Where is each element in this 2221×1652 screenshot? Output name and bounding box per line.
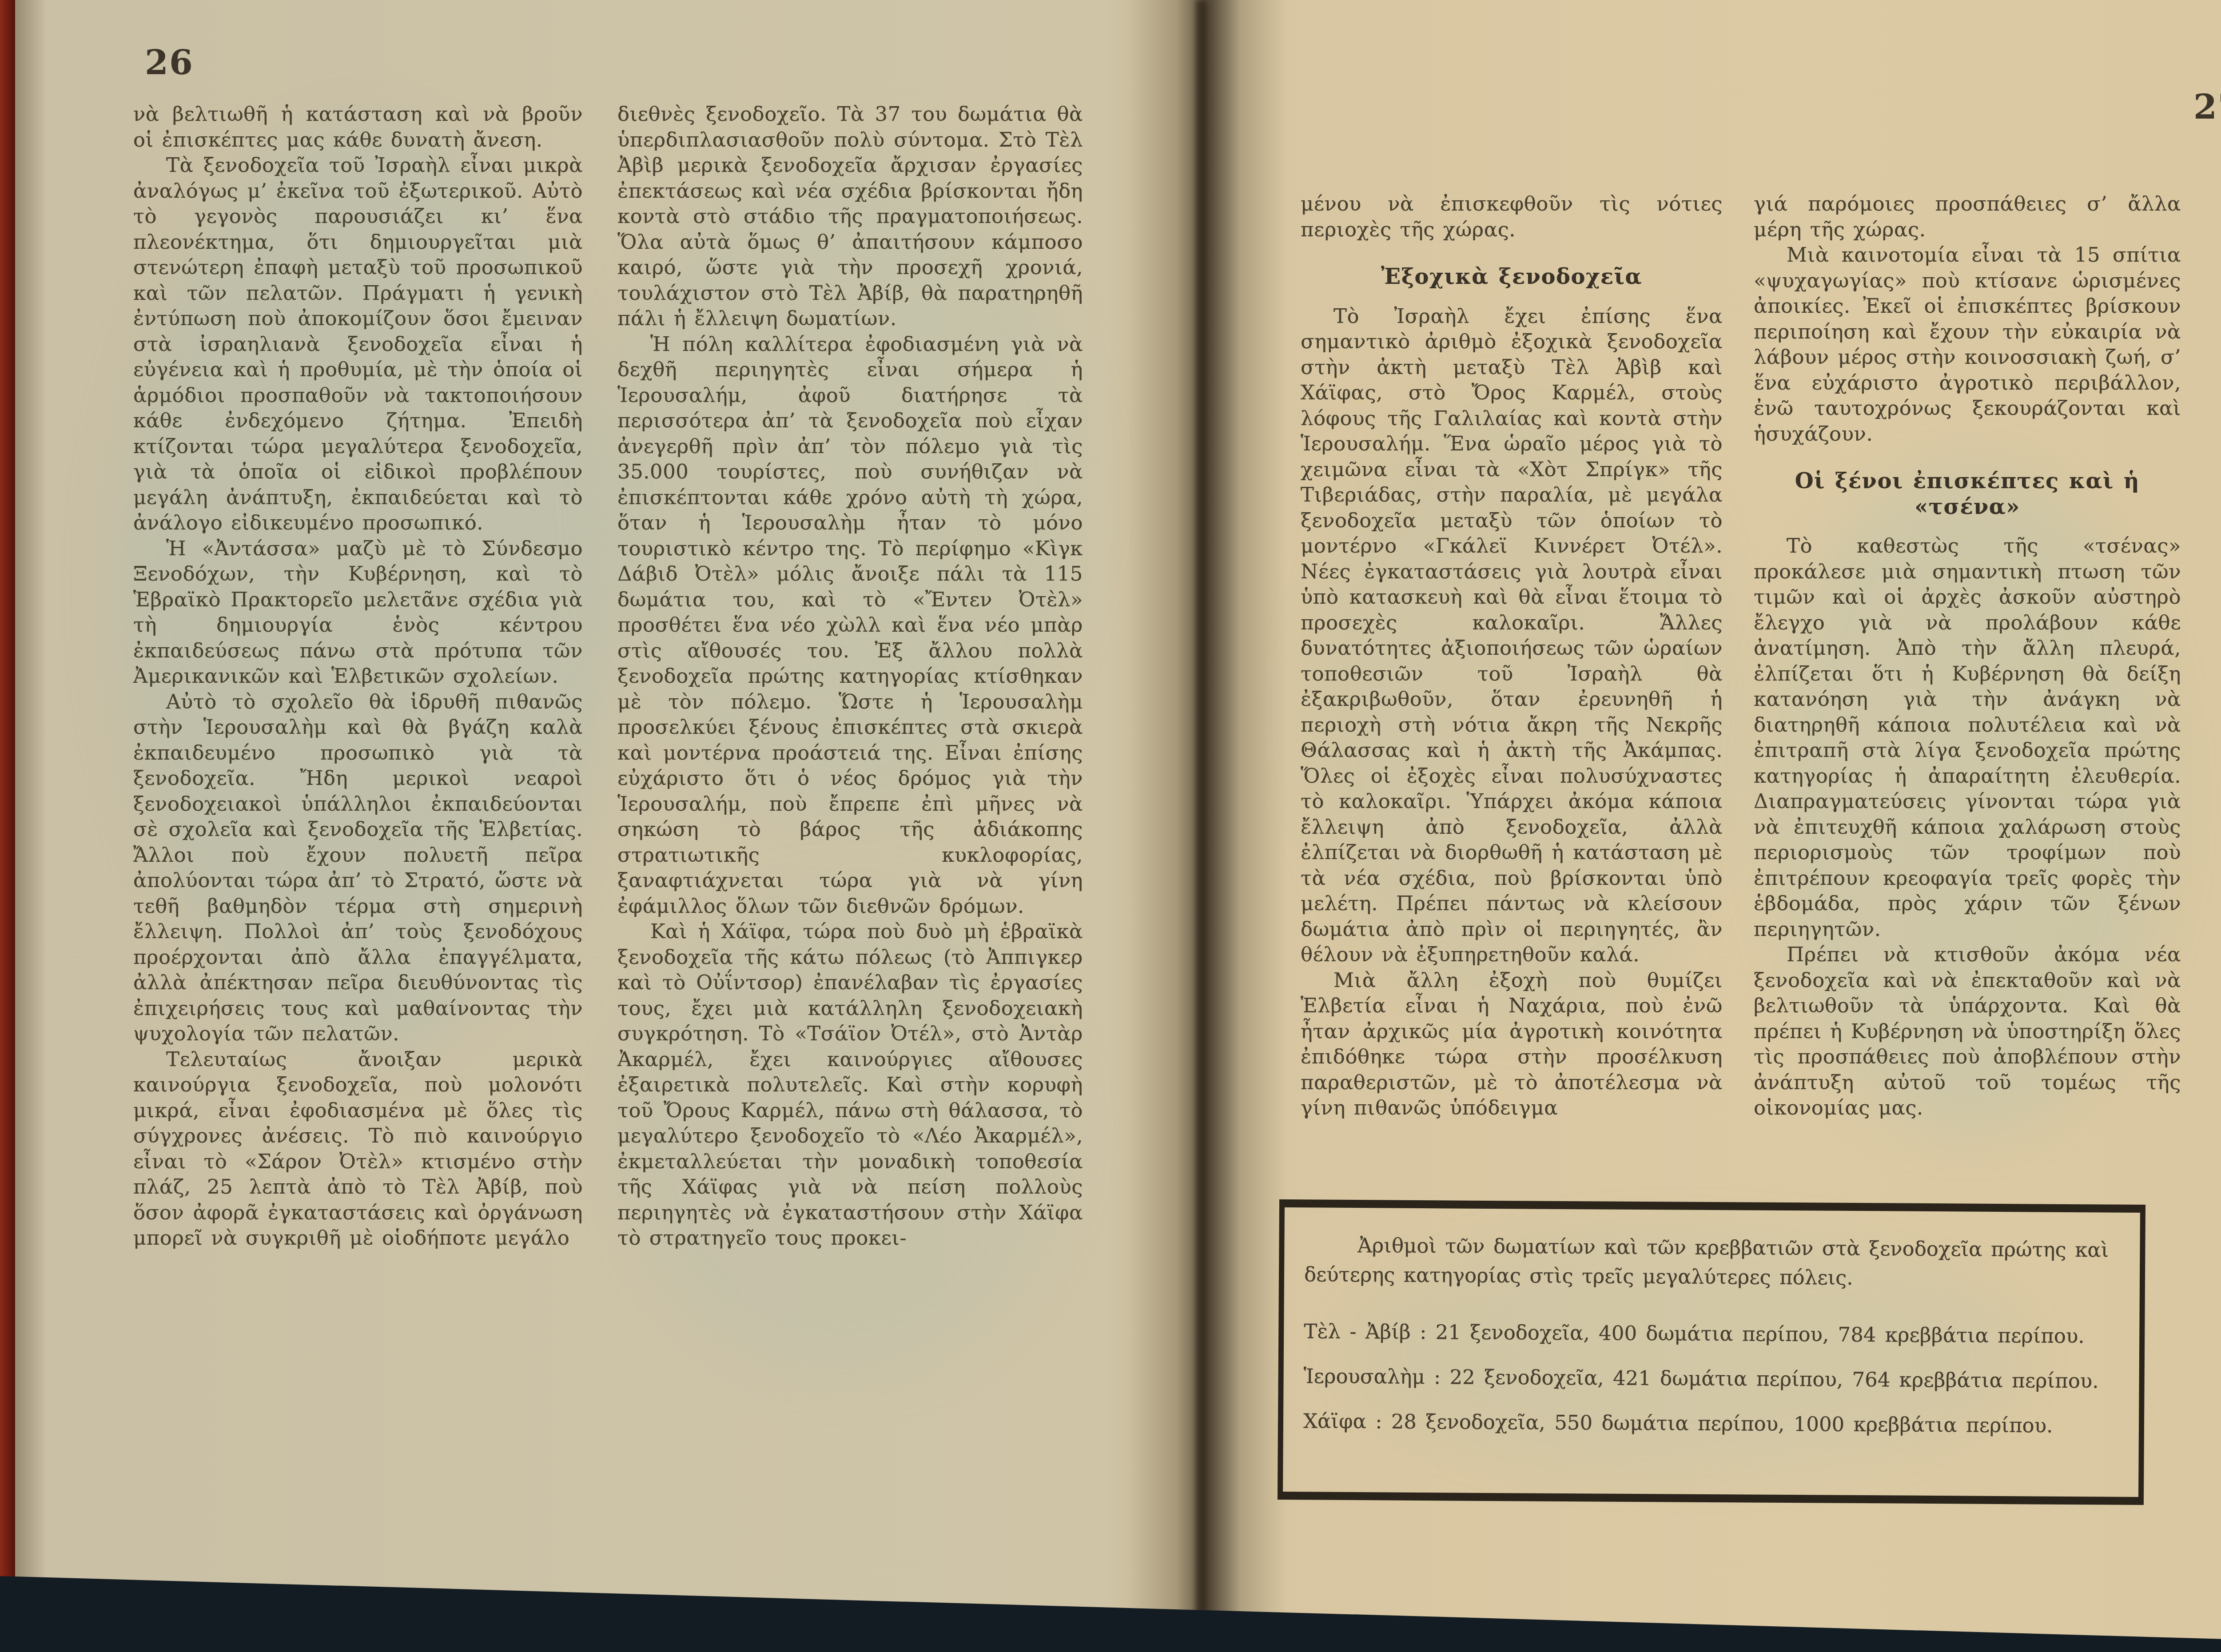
magazine-spread: 26 27 νὰ βελτιωθῆ ἡ κατάσταση καὶ νὰ βρο…	[0, 0, 2221, 1652]
article-paragraph: Αὐτὸ τὸ σχολεῖο θὰ ἱδρυθῆ πιθανῶς στὴν Ἱ…	[133, 689, 583, 1047]
hotel-stats-entry: Χάϊφα : 28 ξενοδοχεῖα, 550 δωμάτια περίπ…	[1303, 1407, 2108, 1439]
page-number-left: 26	[145, 43, 194, 82]
article-paragraph: Μιὰ ἄλλη ἐξοχὴ ποὺ θυμίζει Ἑλβετία εἶναι…	[1301, 967, 1723, 1121]
article-paragraph: Τὰ ξενοδοχεῖα τοῦ Ἰσραὴλ εἶναι μικρὰ ἀνα…	[133, 152, 583, 536]
section-heading: Ἐξοχικὰ ξενοδοχεῖα	[1301, 264, 1723, 290]
article-paragraph: Τὸ καθεστὼς τῆς «τσένας» προκάλεσε μιὰ σ…	[1754, 533, 2181, 942]
article-paragraph: Ἡ πόλη καλλίτερα ἐφοδιασμένη γιὰ νὰ δεχθ…	[617, 331, 1083, 919]
article-paragraph: γιά παρόμοιες προσπάθειες σ’ ἄλλα μέρη τ…	[1754, 191, 2181, 242]
hotel-stats-entry: Ἱερουσαλὴμ : 22 ξενοδοχεῖα, 421 δωμάτια …	[1303, 1362, 2108, 1394]
page-edge-shadow-left	[15, 0, 46, 1652]
left-page-column-2: διεθνὲς ξενοδοχεῖο. Τὰ 37 του δωμάτια θὰ…	[617, 101, 1083, 1251]
hotel-statistics-entries: Τὲλ - Ἀβίβ : 21 ξενοδοχεῖα, 400 δωμάτια …	[1303, 1318, 2109, 1439]
article-paragraph: Μιὰ καινοτομία εἶναι τὰ 15 σπίτια «ψυχαγ…	[1754, 242, 2181, 446]
right-page-column-2: γιά παρόμοιες προσπάθειες σ’ ἄλλα μέρη τ…	[1754, 191, 2181, 1121]
article-paragraph: νὰ βελτιωθῆ ἡ κατάσταση καὶ νὰ βροῦν οἱ …	[133, 101, 583, 152]
hotel-stats-entry: Τὲλ - Ἀβίβ : 21 ξενοδοχεῖα, 400 δωμάτια …	[1304, 1318, 2108, 1349]
article-paragraph: Ἡ «Ἀντάσσα» μαζὺ μὲ τὸ Σύνδεσμο Ξενοδόχω…	[133, 536, 583, 689]
right-page-column-1: μένου νὰ ἐπισκεφθοῦν τὶς νότιες περιοχὲς…	[1301, 191, 1723, 1121]
article-paragraph: Πρέπει νὰ κτισθοῦν ἀκόμα νέα ξενοδοχεῖα …	[1754, 942, 2181, 1121]
hotel-statistics-box: Ἀριθμοὶ τῶν δωματίων καὶ τῶν κρεββατιῶν …	[1278, 1199, 2145, 1505]
article-paragraph: Καὶ ἡ Χάϊφα, τώρα ποὺ δυὸ μὴ ἑβραϊκὰ ξεν…	[617, 919, 1083, 1251]
gutter-shadow	[1128, 0, 1288, 1652]
article-paragraph: μένου νὰ ἐπισκεφθοῦν τὶς νότιες περιοχὲς…	[1301, 191, 1723, 242]
page-number-right: 27	[2193, 87, 2221, 127]
section-heading: Οἱ ξένοι ἐπισκέπτες καὶ ἡ «τσένα»	[1754, 469, 2181, 520]
hotel-statistics-title: Ἀριθμοὶ τῶν δωματίων καὶ τῶν κρεββατιῶν …	[1304, 1230, 2109, 1294]
left-page-column-1: νὰ βελτιωθῆ ἡ κατάσταση καὶ νὰ βροῦν οἱ …	[133, 101, 583, 1251]
article-paragraph: διεθνὲς ξενοδοχεῖο. Τὰ 37 του δωμάτια θὰ…	[617, 101, 1083, 331]
article-paragraph: Τελευταίως ἄνοιξαν μερικὰ καινούργια ξεν…	[133, 1047, 583, 1251]
article-paragraph: Τὸ Ἰσραὴλ ἔχει ἐπίσης ἕνα σημαντικὸ ἀριθ…	[1301, 303, 1723, 967]
binding-strip	[0, 0, 15, 1652]
